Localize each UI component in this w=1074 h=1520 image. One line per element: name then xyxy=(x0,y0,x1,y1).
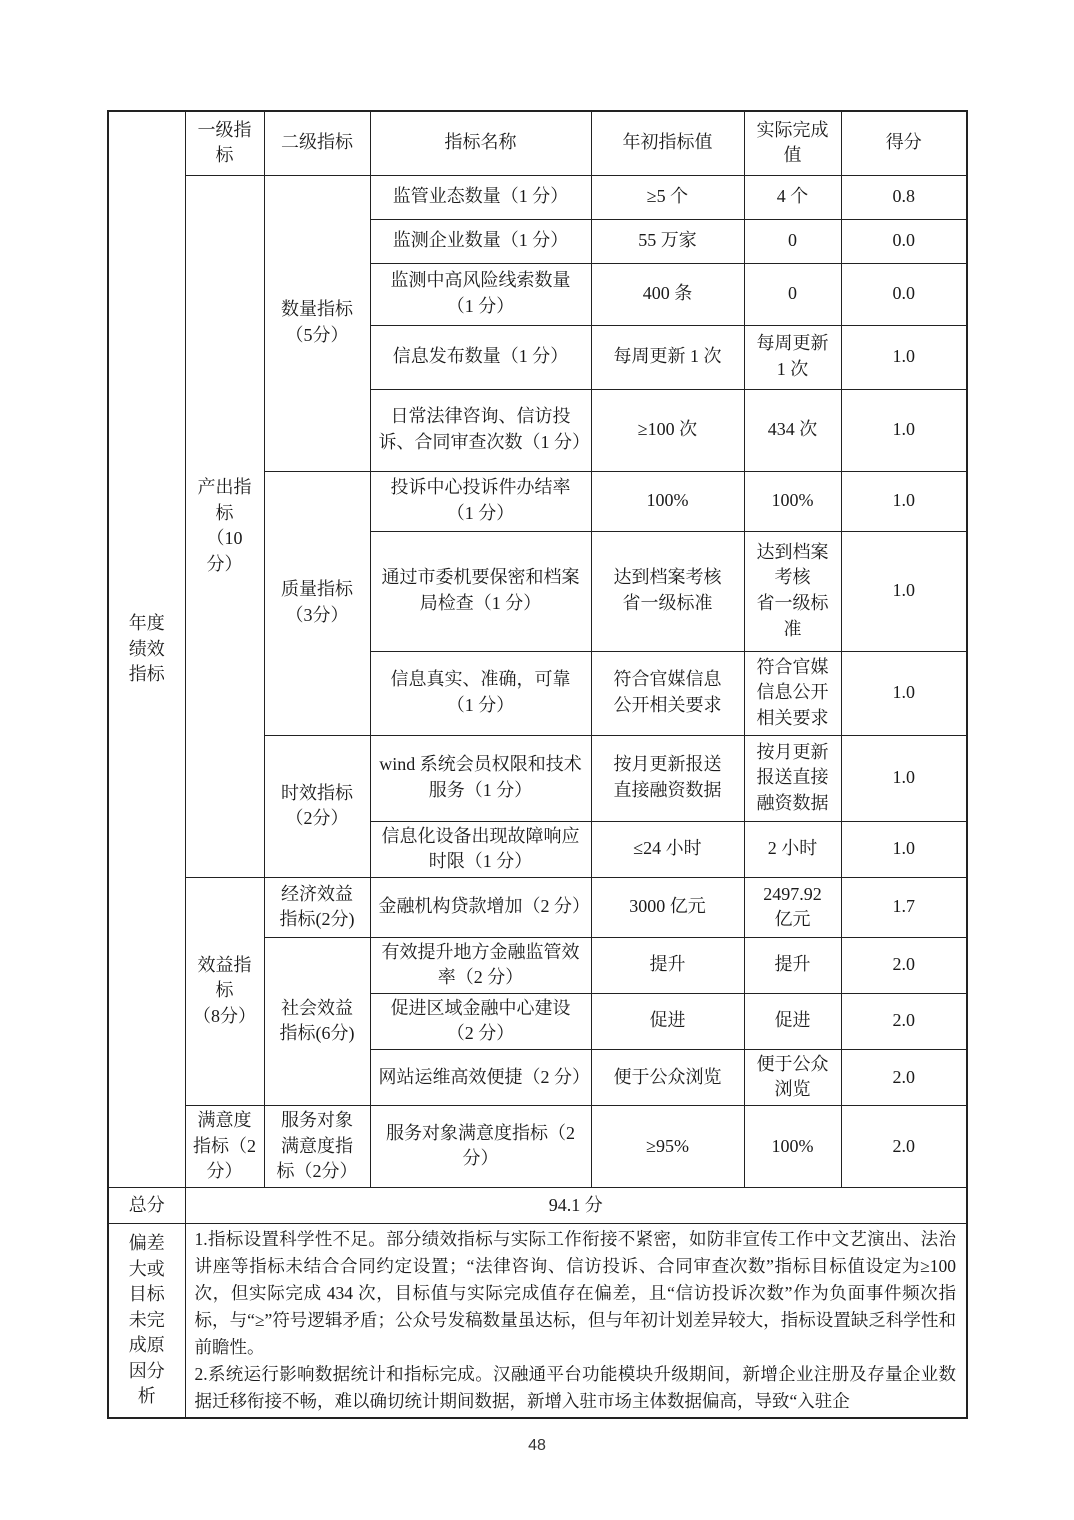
score-cell: 2.0 xyxy=(841,993,967,1049)
actual-value-cell: 按月更新报送直接融资数据 xyxy=(744,735,841,821)
actual-value-cell: 达到档案考核 省一级标准 xyxy=(744,531,841,651)
indicator-name-cell: 通过市委机要保密和档案局检查（1 分） xyxy=(370,531,591,651)
score-cell: 0.0 xyxy=(841,219,967,263)
actual-value-cell: 100% xyxy=(744,1105,841,1187)
table-row: 效益指 标 （8分） 经济效益 指标(2分) 金融机构贷款增加（2 分） 300… xyxy=(108,877,967,937)
header-indicator-name: 指标名称 xyxy=(370,111,591,175)
total-value: 94.1 分 xyxy=(185,1187,967,1223)
level2-economic-benefit: 经济效益 指标(2分) xyxy=(264,877,370,937)
target-value-cell: ≥5 个 xyxy=(591,175,744,219)
actual-value-cell: 100% xyxy=(744,471,841,531)
score-cell: 2.0 xyxy=(841,1049,967,1105)
table-row: 产出指 标 （10 分） 数量指标 （5分） 监管业态数量（1 分） ≥5 个 … xyxy=(108,175,967,219)
actual-value-cell: 2 小时 xyxy=(744,821,841,877)
score-cell: 1.0 xyxy=(841,471,967,531)
level2-service-satisfaction: 服务对象 满意度指 标（2分） xyxy=(264,1105,370,1187)
indicator-name-cell: 监测企业数量（1 分） xyxy=(370,219,591,263)
analysis-label: 偏差 大或 目标 未完 成原 因分 析 xyxy=(108,1223,185,1418)
header-score: 得分 xyxy=(841,111,967,175)
score-cell: 2.0 xyxy=(841,1105,967,1187)
score-cell: 0.0 xyxy=(841,263,967,325)
analysis-row: 偏差 大或 目标 未完 成原 因分 析 1.指标设置科学性不足。部分绩效指标与实… xyxy=(108,1223,967,1418)
indicator-name-cell: 监测中高风险线索数量（1 分） xyxy=(370,263,591,325)
level2-quantity: 数量指标 （5分） xyxy=(264,175,370,471)
score-cell: 1.0 xyxy=(841,325,967,389)
indicator-name-cell: 日常法律咨询、信访投诉、合同审查次数（1 分） xyxy=(370,389,591,471)
header-actual-value: 实际完成 值 xyxy=(744,111,841,175)
score-cell: 2.0 xyxy=(841,937,967,993)
target-value-cell: 达到档案考核 省一级标准 xyxy=(591,531,744,651)
actual-value-cell: 4 个 xyxy=(744,175,841,219)
score-cell: 0.8 xyxy=(841,175,967,219)
page-number: 48 xyxy=(0,1437,1074,1455)
indicator-name-cell: wind 系统会员权限和技术服务（1 分） xyxy=(370,735,591,821)
performance-indicator-table: 年度 绩效 指标 一级指 标 二级指标 指标名称 年初指标值 实际完成 值 得分… xyxy=(107,110,968,1419)
indicator-name-cell: 投诉中心投诉件办结率（1 分） xyxy=(370,471,591,531)
document-page: 年度 绩效 指标 一级指 标 二级指标 指标名称 年初指标值 实际完成 值 得分… xyxy=(0,0,1074,1520)
indicator-name-cell: 服务对象满意度指标（2 分） xyxy=(370,1105,591,1187)
score-cell: 1.0 xyxy=(841,735,967,821)
total-score-row: 总分 94.1 分 xyxy=(108,1187,967,1223)
actual-value-cell: 2497.92 亿元 xyxy=(744,877,841,937)
actual-value-cell: 0 xyxy=(744,219,841,263)
actual-value-cell: 提升 xyxy=(744,937,841,993)
level1-output-indicators: 产出指 标 （10 分） xyxy=(185,175,264,877)
total-label: 总分 xyxy=(108,1187,185,1223)
header-level1: 一级指 标 xyxy=(185,111,264,175)
target-value-cell: ≤24 小时 xyxy=(591,821,744,877)
target-value-cell: 每周更新 1 次 xyxy=(591,325,744,389)
target-value-cell: 提升 xyxy=(591,937,744,993)
actual-value-cell: 符合官媒信息公开相关要求 xyxy=(744,651,841,735)
score-cell: 1.0 xyxy=(841,389,967,471)
indicator-name-cell: 信息化设备出现故障响应时限（1 分） xyxy=(370,821,591,877)
actual-value-cell: 434 次 xyxy=(744,389,841,471)
target-value-cell: 便于公众浏览 xyxy=(591,1049,744,1105)
level1-benefit-indicators: 效益指 标 （8分） xyxy=(185,877,264,1105)
level2-quality: 质量指标 （3分） xyxy=(264,471,370,735)
level1-satisfaction-indicators: 满意度 指标（2 分） xyxy=(185,1105,264,1187)
indicator-name-cell: 监管业态数量（1 分） xyxy=(370,175,591,219)
level2-timeliness: 时效指标 （2分） xyxy=(264,735,370,877)
analysis-text: 1.指标设置科学性不足。部分绩效指标与实际工作衔接不紧密，如防非宣传工作中文艺演… xyxy=(185,1223,967,1418)
target-value-cell: ≥95% xyxy=(591,1105,744,1187)
actual-value-cell: 每周更新 1 次 xyxy=(744,325,841,389)
indicator-name-cell: 有效提升地方金融监管效率（2 分） xyxy=(370,937,591,993)
target-value-cell: ≥100 次 xyxy=(591,389,744,471)
header-target-value: 年初指标值 xyxy=(591,111,744,175)
target-value-cell: 按月更新报送 直接融资数据 xyxy=(591,735,744,821)
target-value-cell: 100% xyxy=(591,471,744,531)
score-cell: 1.0 xyxy=(841,821,967,877)
actual-value-cell: 便于公众 浏览 xyxy=(744,1049,841,1105)
actual-value-cell: 促进 xyxy=(744,993,841,1049)
target-value-cell: 符合官媒信息 公开相关要求 xyxy=(591,651,744,735)
level2-social-benefit: 社会效益 指标(6分) xyxy=(264,937,370,1105)
score-cell: 1.7 xyxy=(841,877,967,937)
indicator-name-cell: 信息发布数量（1 分） xyxy=(370,325,591,389)
header-level2: 二级指标 xyxy=(264,111,370,175)
indicator-name-cell: 促进区域金融中心建设（2 分） xyxy=(370,993,591,1049)
indicator-name-cell: 网站运维高效便捷（2 分） xyxy=(370,1049,591,1105)
score-cell: 1.0 xyxy=(841,651,967,735)
table-row: 满意度 指标（2 分） 服务对象 满意度指 标（2分） 服务对象满意度指标（2 … xyxy=(108,1105,967,1187)
score-cell: 1.0 xyxy=(841,531,967,651)
target-value-cell: 促进 xyxy=(591,993,744,1049)
target-value-cell: 55 万家 xyxy=(591,219,744,263)
annual-performance-label: 年度 绩效 指标 xyxy=(108,111,185,1187)
target-value-cell: 400 条 xyxy=(591,263,744,325)
indicator-name-cell: 金融机构贷款增加（2 分） xyxy=(370,877,591,937)
indicator-name-cell: 信息真实、准确，可靠（1 分） xyxy=(370,651,591,735)
actual-value-cell: 0 xyxy=(744,263,841,325)
target-value-cell: 3000 亿元 xyxy=(591,877,744,937)
